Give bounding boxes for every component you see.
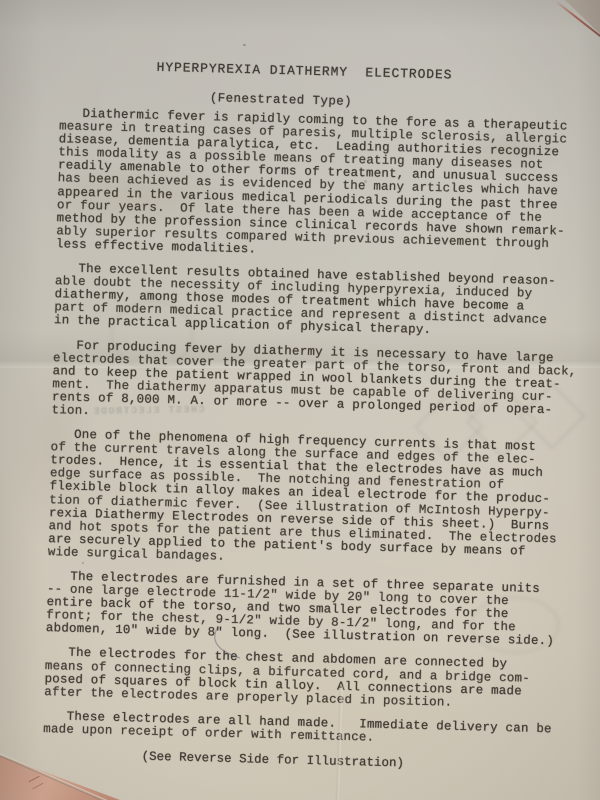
paper-speck xyxy=(243,44,246,46)
page-title: HYPERPYREXIA DIATHERMY ELECTRODES xyxy=(156,60,600,87)
paragraph: One of the phenomena of high frequency c… xyxy=(48,428,600,573)
document-page: CHEST ELECTRODE HYPERPYREXIA DIATHERMY E… xyxy=(0,0,600,800)
paper-edge-line xyxy=(556,1,600,38)
photo-scene: CHEST ELECTRODE HYPERPYREXIA DIATHERMY E… xyxy=(0,0,600,800)
paragraph: For producing fever by diathermy it is n… xyxy=(51,339,600,432)
paragraph: The electrodes for the chest and abdomen… xyxy=(44,646,597,713)
paragraph: Diathermic fever is rapidly coming to th… xyxy=(56,107,600,265)
typewritten-content: HYPERPYREXIA DIATHERMY ELECTRODES (Fenes… xyxy=(42,57,600,775)
paragraph: These electrodes are all hand made. Imme… xyxy=(43,710,595,751)
paragraph: The electrodes are furnished in a set of… xyxy=(46,570,600,650)
background-corner xyxy=(554,0,600,34)
paragraphs: Diathermic fever is rapidly coming to th… xyxy=(43,107,600,750)
footer-note: (See Reverse Side for Illustration) xyxy=(141,750,594,776)
paragraph: The excellent results obtained have esta… xyxy=(54,262,600,342)
